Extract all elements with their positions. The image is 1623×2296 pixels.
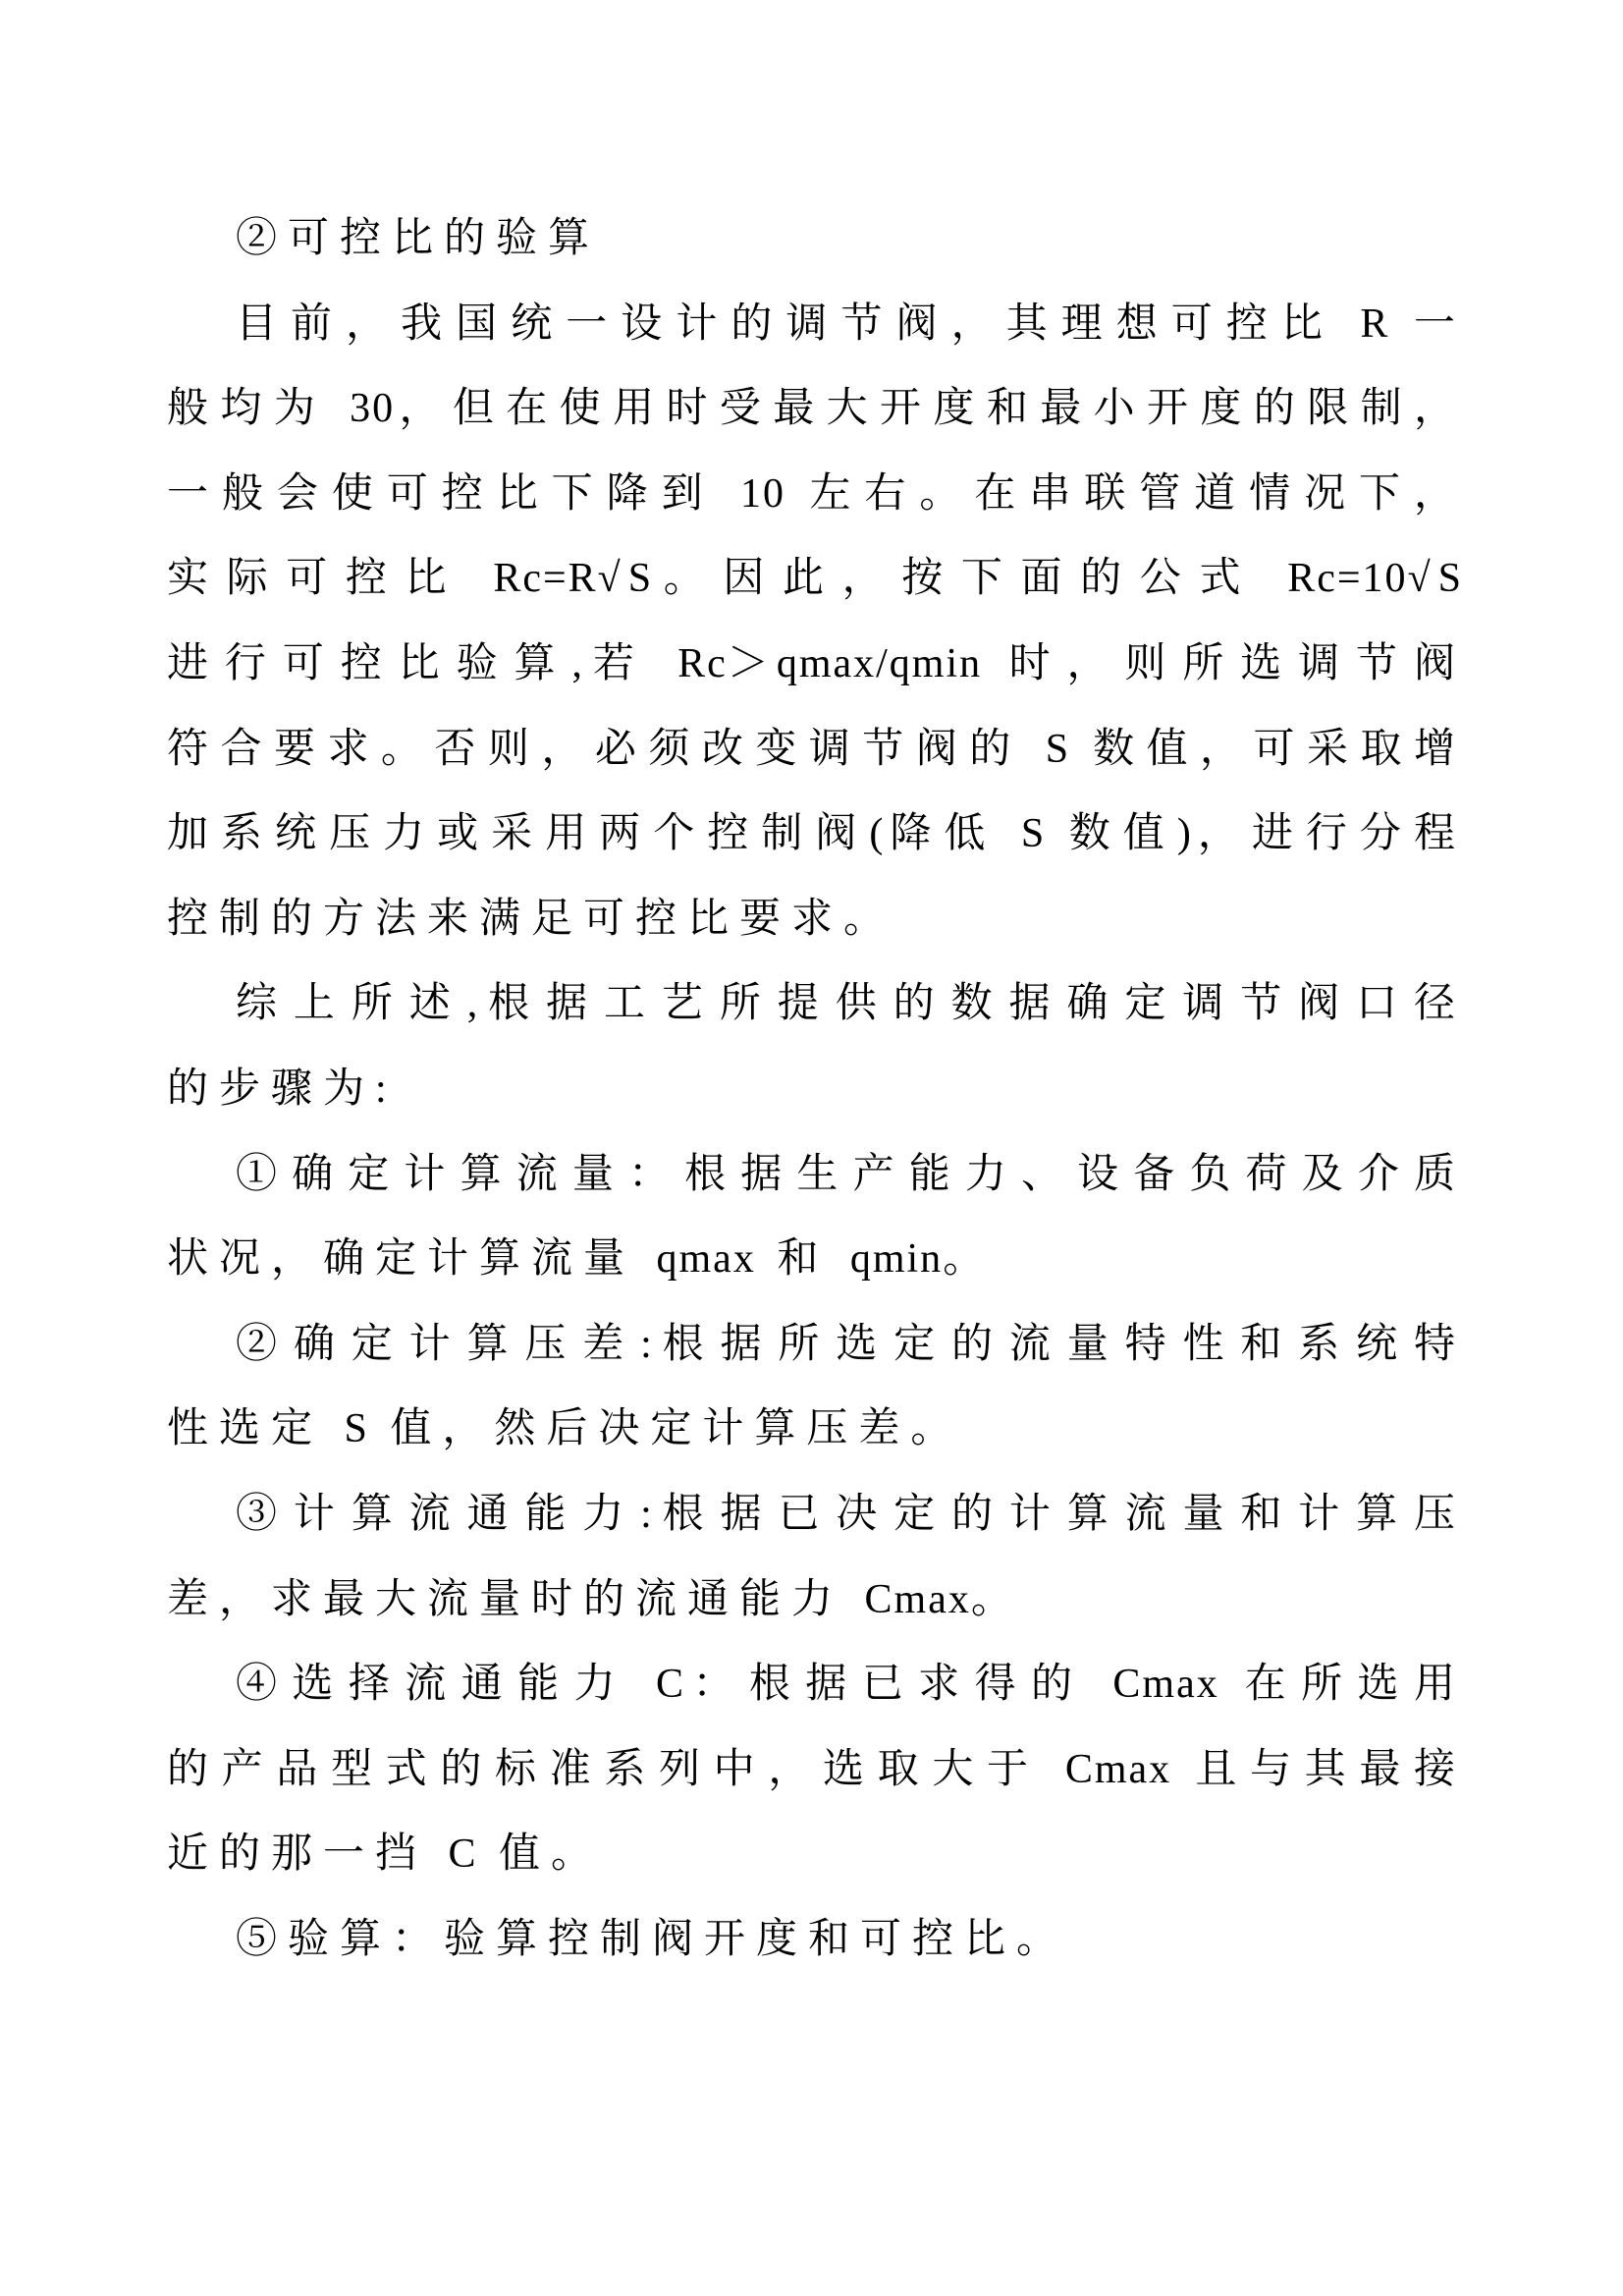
cjk-run: ＞ <box>728 641 777 686</box>
text-line: 性选定 S 值，然后决定计算压差。 <box>167 1387 1463 1472</box>
cjk-run: 根据已决定的计算流量和计算压 <box>654 1492 1463 1537</box>
latin-run: Cmax <box>1112 1662 1218 1707</box>
text-line: 状况，确定计算流量 qmax 和 qmin。 <box>167 1217 1463 1302</box>
page: ②可控比的验算目前，我国统一设计的调节阀，其理想可控比 R 一般均为 30，但在… <box>0 0 1623 2296</box>
latin-run: Rc <box>677 641 728 686</box>
latin-run: S <box>345 1406 369 1451</box>
cjk-run: ④选择流通能力 <box>236 1662 656 1707</box>
document-body: ②可控比的验算目前，我国统一设计的调节阀，其理想可控比 R 一般均为 30，但在… <box>167 196 1463 1982</box>
latin-run: R <box>1360 301 1389 347</box>
paragraph: ③计算流通能力:根据已决定的计算流量和计算压差，求最大流量时的流通能力 Cmax… <box>167 1472 1463 1642</box>
cjk-run: ①确定计算流量：根据生产能力、设备负荷及介质 <box>236 1152 1463 1197</box>
latin-run: S <box>1438 556 1463 601</box>
cjk-run: ，但在使用时受最大开度和最小开度的限制， <box>395 386 1463 431</box>
text-line: 一般会使可控比下降到 10 左右。在串联管道情况下， <box>167 452 1463 537</box>
cjk-run: 。因此，按下面的公式 <box>653 556 1287 601</box>
latin-run: qmax/qmin <box>777 641 982 686</box>
latin-run: ) <box>1177 811 1193 856</box>
text-line: 控制的方法来满足可控比要求。 <box>167 877 1463 962</box>
cjk-run: 综上所述 <box>236 981 467 1026</box>
text-line: ①确定计算流量：根据生产能力、设备负荷及介质 <box>167 1132 1463 1218</box>
latin-run: 10 <box>740 471 785 517</box>
paragraph: ②可控比的验算 <box>167 196 1463 282</box>
cjk-run: ，进行分程 <box>1193 811 1463 856</box>
cjk-run: 数值，可采取增 <box>1070 727 1463 772</box>
paragraph: ⑤验算：验算控制阀开度和可控比。 <box>167 1897 1463 1983</box>
cjk-run: 和 <box>756 1236 850 1282</box>
cjk-run: ：根据已求得的 <box>685 1662 1112 1707</box>
cjk-run: √ <box>1408 556 1438 601</box>
latin-run: S <box>1046 727 1070 772</box>
latin-run: : <box>640 1322 654 1367</box>
cjk-run: 若 <box>584 641 677 686</box>
text-line: ②确定计算压差:根据所选定的流量特性和系统特 <box>167 1302 1463 1388</box>
latin-run: qmax <box>657 1236 756 1282</box>
cjk-run: 且与其最接 <box>1171 1747 1463 1792</box>
text-line: 目前，我国统一设计的调节阀，其理想可控比 R 一 <box>167 282 1463 367</box>
text-line: 综上所述,根据工艺所提供的数据确定调节阀口径 <box>167 961 1463 1047</box>
latin-run: qmin <box>850 1236 943 1282</box>
latin-run: Rc=R <box>493 556 597 601</box>
paragraph: ②确定计算压差:根据所选定的流量特性和系统特性选定 S 值，然后决定计算压差。 <box>167 1302 1463 1472</box>
cjk-run: 根据所选定的流量特性和系统特 <box>654 1322 1463 1367</box>
latin-run: 30 <box>350 386 395 431</box>
text-line: 进行可控比验算,若 Rc＞qmax/qmin 时，则所选调节阀 <box>167 622 1463 707</box>
paragraph: 综上所述,根据工艺所提供的数据确定调节阀口径的步骤为: <box>167 961 1463 1131</box>
cjk-run: 时，则所选调节阀 <box>982 641 1463 686</box>
text-line: 的步骤为: <box>167 1047 1463 1132</box>
cjk-run: 。 <box>971 1577 1023 1622</box>
latin-run: C <box>656 1662 685 1707</box>
cjk-run: 数值 <box>1046 811 1177 856</box>
cjk-run: 在所选用 <box>1219 1662 1463 1707</box>
cjk-run: ③计算流通能力 <box>236 1492 640 1537</box>
cjk-run: 性选定 <box>167 1406 345 1451</box>
text-line: 近的那一挡 C 值。 <box>167 1812 1463 1897</box>
latin-run: Rc=10 <box>1287 556 1407 601</box>
latin-run: S <box>628 556 653 601</box>
paragraph: 目前，我国统一设计的调节阀，其理想可控比 R 一般均为 30，但在使用时受最大开… <box>167 282 1463 962</box>
text-line: 的产品型式的标准系列中，选取大于 Cmax 且与其最接 <box>167 1727 1463 1813</box>
cjk-run: ②确定计算压差 <box>236 1322 640 1367</box>
cjk-run: 值，然后决定计算压差。 <box>369 1406 963 1451</box>
paragraph: ①确定计算流量：根据生产能力、设备负荷及介质状况，确定计算流量 qmax 和 q… <box>167 1132 1463 1302</box>
cjk-run: 控制的方法来满足可控比要求。 <box>167 897 895 942</box>
text-line: 实际可控比 Rc=R√S。因此，按下面的公式 Rc=10√S <box>167 536 1463 622</box>
latin-run: ( <box>869 811 885 856</box>
cjk-run: 实际可控比 <box>167 556 493 601</box>
cjk-run: 目前，我国统一设计的调节阀，其理想可控比 <box>236 301 1360 347</box>
cjk-run: 根据工艺所提供的数据确定调节阀口径 <box>479 981 1463 1026</box>
text-line: 差，求最大流量时的流通能力 Cmax。 <box>167 1558 1463 1643</box>
cjk-run: 一 <box>1389 301 1463 347</box>
cjk-run: 状况，确定计算流量 <box>167 1236 657 1282</box>
cjk-run: 值。 <box>478 1831 604 1877</box>
text-line: 般均为 30，但在使用时受最大开度和最小开度的限制， <box>167 366 1463 452</box>
cjk-run: 近的那一挡 <box>167 1831 449 1877</box>
latin-run: S <box>1021 811 1046 856</box>
latin-run: Cmax <box>1065 1747 1171 1792</box>
text-line: ③计算流通能力:根据已决定的计算流量和计算压 <box>167 1472 1463 1558</box>
text-line: ②可控比的验算 <box>167 196 1463 282</box>
cjk-run: 符合要求。否则，必须改变调节阀的 <box>167 727 1046 772</box>
latin-run: : <box>375 1066 389 1112</box>
paragraph: ④选择流通能力 C：根据已求得的 Cmax 在所选用的产品型式的标准系列中，选取… <box>167 1642 1463 1897</box>
latin-run: , <box>571 641 584 686</box>
cjk-run: 般均为 <box>167 386 350 431</box>
cjk-run: 差，求最大流量时的流通能力 <box>167 1577 865 1622</box>
latin-run: : <box>640 1492 654 1537</box>
text-line: ④选择流通能力 C：根据已求得的 Cmax 在所选用 <box>167 1642 1463 1727</box>
cjk-run: 加系统压力或采用两个控制阀 <box>167 811 869 856</box>
cjk-run: 的步骤为 <box>167 1066 375 1112</box>
text-line: ⑤验算：验算控制阀开度和可控比。 <box>167 1897 1463 1983</box>
latin-run: C <box>449 1831 478 1877</box>
text-line: 加系统压力或采用两个控制阀(降低 S 数值)，进行分程 <box>167 792 1463 877</box>
text-line: 符合要求。否则，必须改变调节阀的 S 数值，可采取增 <box>167 707 1463 793</box>
cjk-run: ②可控比的验算 <box>236 216 600 261</box>
cjk-run: 一般会使可控比下降到 <box>167 471 740 517</box>
latin-run: Cmax <box>865 1577 971 1622</box>
cjk-run: 。 <box>943 1236 995 1282</box>
cjk-run: ⑤验算：验算控制阀开度和可控比。 <box>236 1917 1068 1962</box>
latin-run: , <box>467 981 480 1026</box>
cjk-run: 降低 <box>885 811 1021 856</box>
cjk-run: 的产品型式的标准系列中，选取大于 <box>167 1747 1065 1792</box>
cjk-run: √ <box>598 556 628 601</box>
cjk-run: 进行可控比验算 <box>167 641 571 686</box>
cjk-run: 左右。在串联管道情况下， <box>785 471 1463 517</box>
